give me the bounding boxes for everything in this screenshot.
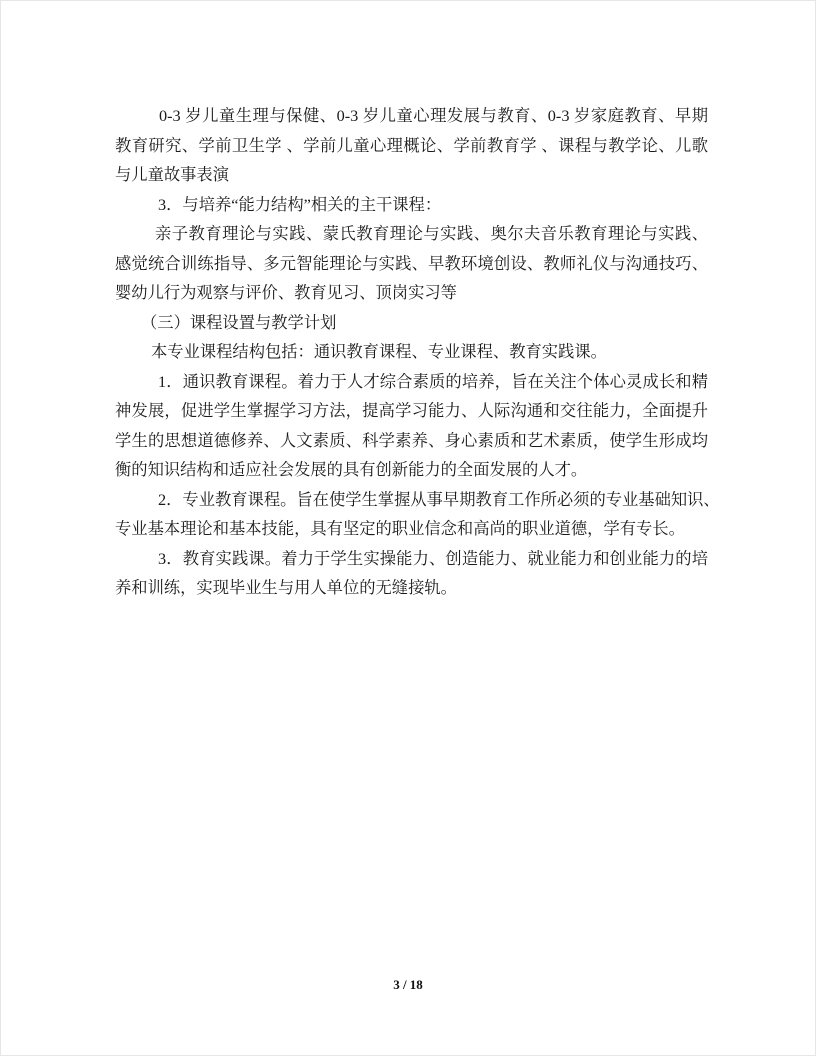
paragraph-line: 3．教育实践课。着力于学生实操能力、创造能力、就业能力和创业能力的培 xyxy=(115,544,708,574)
paragraph-line: 婴幼儿行为观察与评价、教育见习、顶岗实习等 xyxy=(115,278,708,308)
professional-education-courses-paragraph: 2．专业教育课程。旨在使学生掌握从事早期教育工作所必须的专业基础知识、专业基本理… xyxy=(115,485,708,544)
knowledge-structure-courses-continued: 0-3 岁儿童生理与保健、0-3 岁儿童心理发展与教育、0-3 岁家庭教育、早期… xyxy=(115,101,708,190)
curriculum-structure-overview: 本专业课程结构包括：通识教育课程、专业课程、教育实践课。 xyxy=(115,337,708,367)
paragraph-line: 1．通识教育课程。着力于人才综合素质的培养，旨在关注个体心灵成长和精 xyxy=(115,367,708,397)
ability-structure-course-list: 亲子教育理论与实践、蒙氏教育理论与实践、奥尔夫音乐教育理论与实践、感觉统合训练指… xyxy=(115,219,708,308)
paragraph-line: 亲子教育理论与实践、蒙氏教育理论与实践、奥尔夫音乐教育理论与实践、 xyxy=(115,219,708,249)
paragraph-line: （三）课程设置与教学计划 xyxy=(115,308,708,338)
section-heading-curriculum-and-teaching-plan: （三）课程设置与教学计划 xyxy=(115,308,708,338)
document-body: 0-3 岁儿童生理与保健、0-3 岁儿童心理发展与教育、0-3 岁家庭教育、早期… xyxy=(115,101,708,603)
paragraph-line: 感觉统合训练指导、多元智能理论与实践、早教环境创设、教师礼仪与沟通技巧、 xyxy=(115,249,708,279)
paragraph-line: 衡的知识结构和适应社会发展的具有创新能力的全面发展的人才。 xyxy=(115,455,708,485)
paragraph-line: 3．与培养“能力结构”相关的主干课程： xyxy=(115,190,708,220)
paragraph-line: 学生的思想道德修养、人文素质、科学素养、身心素质和艺术素质，使学生形成均 xyxy=(115,426,708,456)
paragraph-line: 本专业课程结构包括：通识教育课程、专业课程、教育实践课。 xyxy=(115,337,708,367)
paragraph-line: 与儿童故事表演 xyxy=(115,160,708,190)
education-practice-courses-paragraph: 3．教育实践课。着力于学生实操能力、创造能力、就业能力和创业能力的培养和训练，实… xyxy=(115,544,708,603)
paragraph-line: 神发展，促进学生掌握学习方法，提高学习能力、人际沟通和交往能力，全面提升 xyxy=(115,396,708,426)
paragraph-line: 0-3 岁儿童生理与保健、0-3 岁儿童心理发展与教育、0-3 岁家庭教育、早期 xyxy=(115,101,708,131)
document-page: { "page": { "footer": "3 / 18" }, "docum… xyxy=(0,0,816,1056)
paragraph-line: 专业基本理论和基本技能，具有坚定的职业信念和高尚的职业道德，学有专长。 xyxy=(115,514,708,544)
paragraph-line: 养和训练，实现毕业生与用人单位的无缝接轨。 xyxy=(115,573,708,603)
heading-ability-structure-courses: 3．与培养“能力结构”相关的主干课程： xyxy=(115,190,708,220)
paragraph-line: 教育研究、学前卫生学 、学前儿童心理概论、学前教育学 、课程与教学论、儿歌 xyxy=(115,131,708,161)
paragraph-line: 2．专业教育课程。旨在使学生掌握从事早期教育工作所必须的专业基础知识、 xyxy=(115,485,708,515)
general-education-courses-paragraph: 1．通识教育课程。着力于人才综合素质的培养，旨在关注个体心灵成长和精神发展，促进… xyxy=(115,367,708,485)
page-number: 3 / 18 xyxy=(0,977,816,993)
